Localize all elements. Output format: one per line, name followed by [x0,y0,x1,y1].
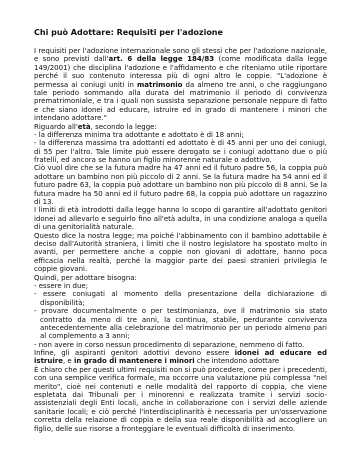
paragraph: È chiaro che per questi ultimi requisiti… [34,366,327,433]
paragraph: I limiti di età introdotti dalla legge h… [34,206,327,231]
paragraph: - la differenza minima tra adottante e a… [34,131,327,139]
paragraph: - essere coniugati al momento della pres… [34,290,327,307]
paragraph: Quindi, per adottare bisogna: [34,274,327,282]
document-page: Chi può Adottare: Requisiti per l'adozio… [0,0,360,466]
document-body: I requisiti per l'adozione internazional… [34,47,327,433]
page-title: Chi può Adottare: Requisiti per l'adozio… [34,28,327,38]
paragraph: Questo dice la nostra legge; ma poiché l… [34,232,327,274]
paragraph: - non avere in corso nessun procedimento… [34,341,327,349]
paragraph: - provare documentalmente o per testimon… [34,307,327,341]
paragraph: Ciò vuol dire che se la futura madre ha … [34,164,327,206]
paragraph: I requisiti per l'adozione internazional… [34,47,327,123]
paragraph: - essere in due; [34,282,327,290]
paragraph: Infine, gli aspiranti genitori adottivi … [34,349,327,366]
paragraph: - la differenza massima tra adottanti ed… [34,139,327,164]
paragraph: Riguardo all'età, secondo la legge: [34,123,327,131]
